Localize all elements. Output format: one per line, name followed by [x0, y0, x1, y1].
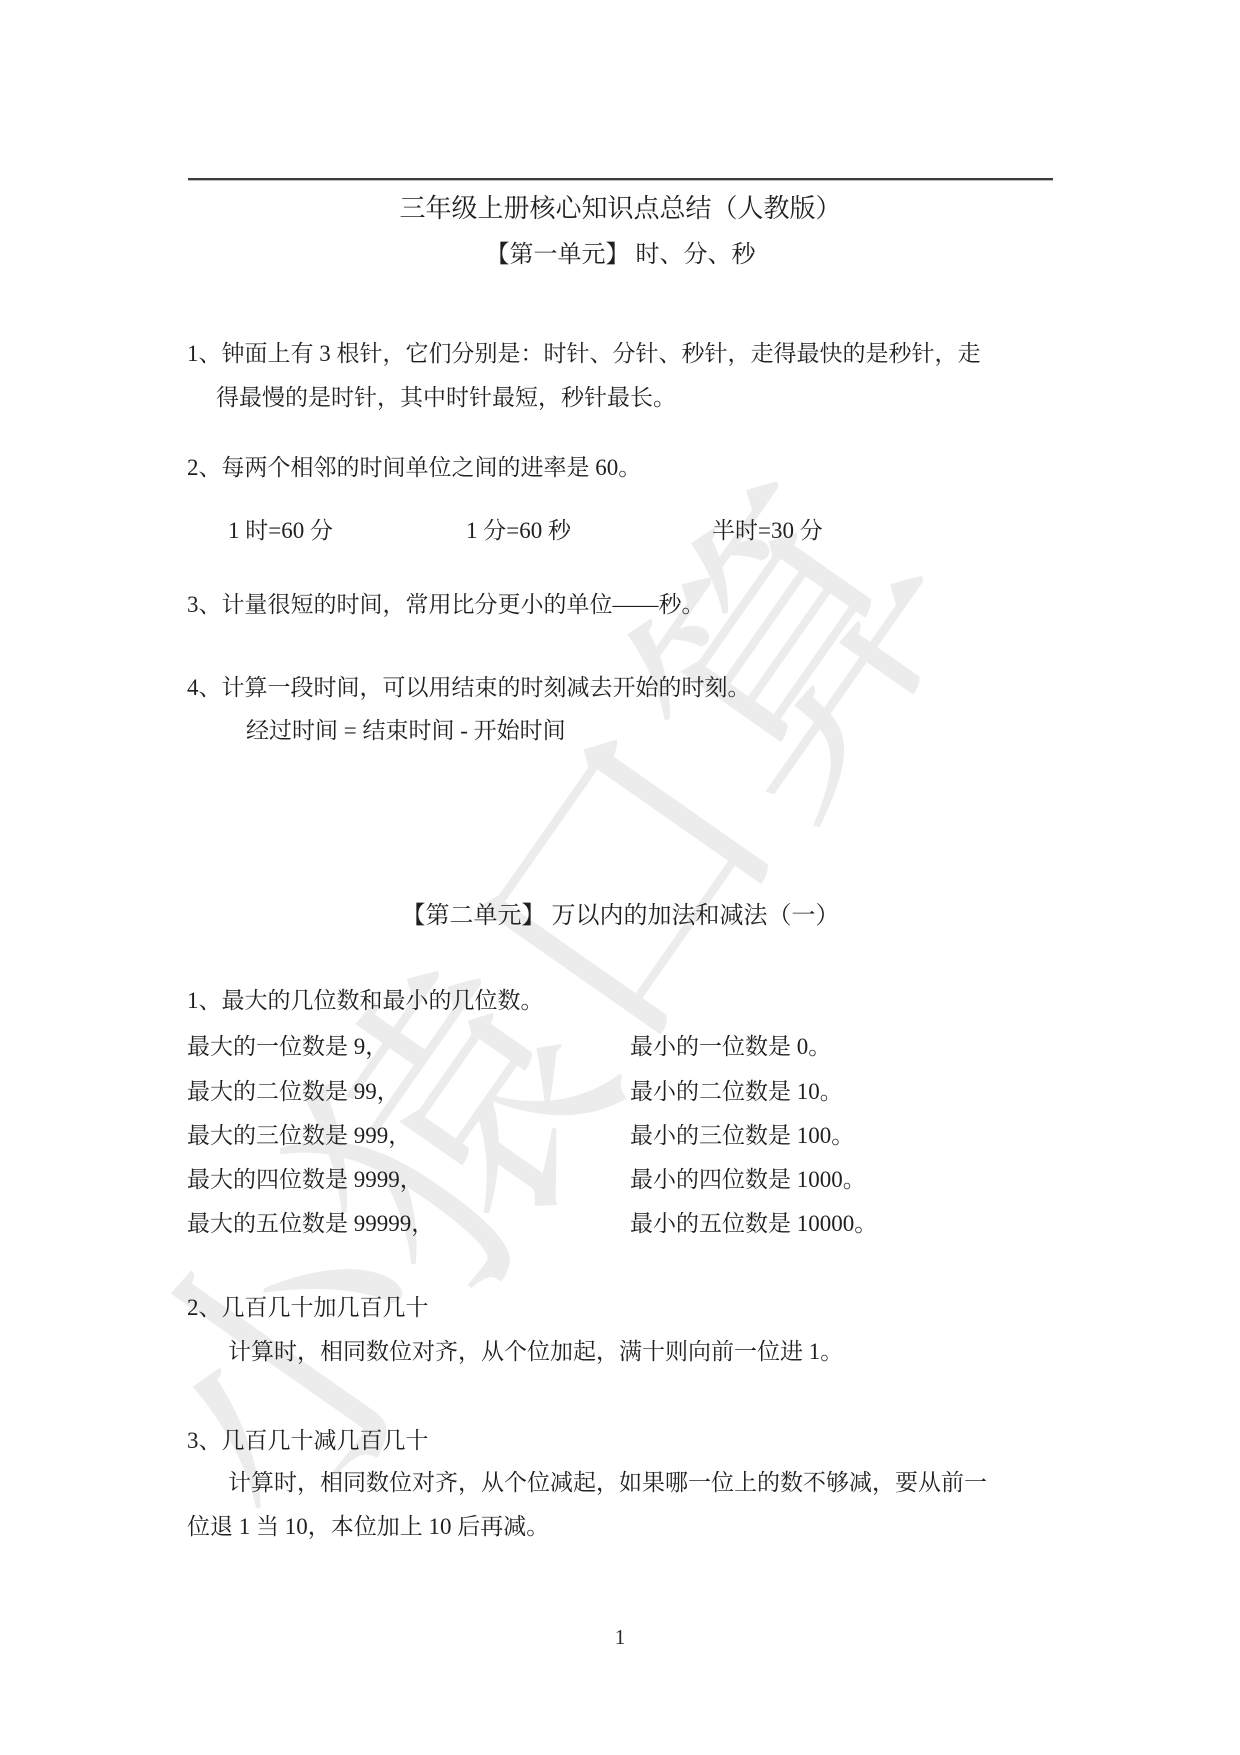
min-number-text: 最小的一位数是 0。 [630, 1032, 831, 1062]
max-number-text: 最大的四位数是 9999， [187, 1165, 423, 1195]
conversion-hour-minute: 1 时=60 分 [228, 516, 333, 546]
min-number-text: 最小的二位数是 10。 [630, 1077, 843, 1107]
content-layer: 三年级上册核心知识点总结（人教版） 【第一单元】 时、分、秒 1、钟面上有 3 … [0, 0, 1240, 1755]
unit1-point1-line2: 得最慢的是时针，其中时针最短，秒针最长。 [216, 383, 676, 413]
max-number-text: 最大的一位数是 9， [187, 1032, 388, 1062]
max-number-text: 最大的三位数是 999， [187, 1121, 411, 1151]
unit2-point2-detail: 计算时，相同数位对齐，从个位加起，满十则向前一位进 1。 [228, 1337, 843, 1367]
doc-title: 三年级上册核心知识点总结（人教版） [188, 188, 1053, 225]
unit1-point4: 4、计算一段时间，可以用结束的时刻减去开始的时刻。 [187, 673, 751, 703]
unit1-point1-line1: 1、钟面上有 3 根针，它们分别是：时针、分针、秒针，走得最快的是秒针，走 [187, 339, 981, 369]
max-number-text: 最大的五位数是 99999， [187, 1209, 434, 1239]
unit1-point3: 3、计量很短的时间，常用比分更小的单位——秒。 [187, 590, 705, 620]
unit1-point2: 2、每两个相邻的时间单位之间的进率是 60。 [187, 453, 641, 483]
elapsed-time-formula: 经过时间 = 结束时间 - 开始时间 [246, 716, 566, 746]
min-number-text: 最小的三位数是 100。 [630, 1121, 854, 1151]
min-number-text: 最小的五位数是 10000。 [630, 1209, 877, 1239]
unit2-point3-detail-line2: 位退 1 当 10，本位加上 10 后再减。 [187, 1512, 549, 1542]
page-number: 1 [0, 1625, 1240, 1650]
unit2-point3-title: 3、几百几十减几百几十 [187, 1426, 429, 1456]
max-number-text: 最大的二位数是 99， [187, 1077, 400, 1107]
conversion-half-hour: 半时=30 分 [712, 516, 823, 546]
unit2-point3-detail-line1: 计算时，相同数位对齐，从个位减起，如果哪一位上的数不够减，要从前一 [228, 1468, 987, 1498]
conversion-minute-second: 1 分=60 秒 [466, 516, 571, 546]
document-page: 小猿口算 三年级上册核心知识点总结（人教版） 【第一单元】 时、分、秒 1、钟面… [0, 0, 1240, 1755]
unit1-heading: 【第一单元】 时、分、秒 [188, 234, 1053, 269]
unit2-heading: 【第二单元】 万以内的加法和减法（一） [188, 895, 1053, 930]
unit2-point2-title: 2、几百几十加几百几十 [187, 1293, 429, 1323]
header-rule [188, 178, 1053, 181]
min-number-text: 最小的四位数是 1000。 [630, 1165, 866, 1195]
unit2-point1: 1、最大的几位数和最小的几位数。 [187, 986, 544, 1016]
